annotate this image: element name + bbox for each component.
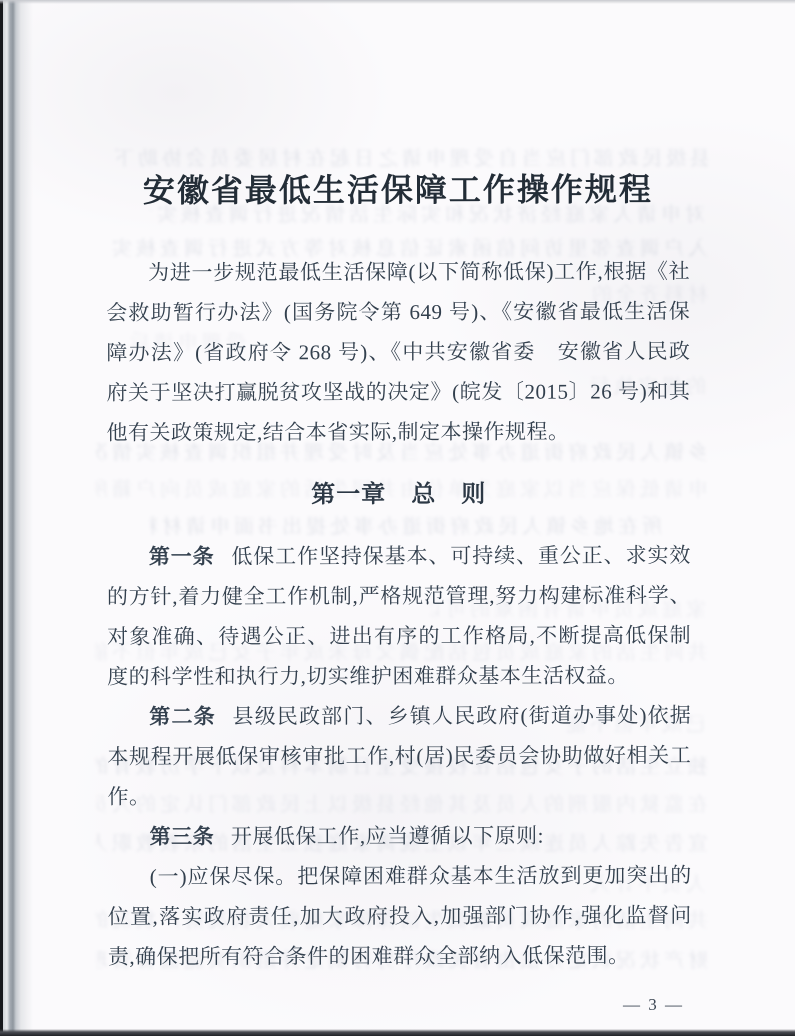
scanned-document-page: 县级民政部门应当自受理申请之日起在村居委员会协助下进行 对申请人家庭经济状况和实… xyxy=(0,0,795,1036)
document-content: 安徽省最低生活保障工作操作规程 为进一步规范最低生活保障(以下简称低保)工作,根… xyxy=(106,251,692,977)
bleedthrough-line: 县级民政部门应当自受理申请之日起在村居委员会协助下进行 xyxy=(110,146,710,172)
clause-1-text: 应保尽保。把保障困难群众基本生活放到更加突出的位置,落实政府责任,加大政府投入,… xyxy=(108,863,692,969)
article-3-label: 第三条 xyxy=(150,824,215,848)
article-1-label: 第一条 xyxy=(149,544,215,568)
scan-bottom-edge xyxy=(0,1029,795,1036)
document-title: 安徽省最低生活保障工作操作规程 xyxy=(106,171,690,209)
chapter-heading: 第一章 总 则 xyxy=(107,477,691,513)
article-2: 第二条县级民政部门、乡镇人民政府(街道办事处)依据本规程开展低保审核审批工作,村… xyxy=(107,695,691,817)
binding-shadow xyxy=(0,0,34,1036)
clause-1-label: (一) xyxy=(150,865,187,889)
intro-paragraph: 为进一步规范最低生活保障(以下简称低保)工作,根据《社会救助暂行办法》(国务院令… xyxy=(106,251,691,453)
article-3-text: 开展低保工作,应当遵循以下原则: xyxy=(231,824,544,849)
page-number: — 3 — xyxy=(623,995,684,1015)
scan-top-edge xyxy=(0,0,795,4)
clause-1: (一)应保尽保。把保障困难群众基本生活放到更加突出的位置,落实政府责任,加大政府… xyxy=(108,855,692,977)
article-2-label: 第二条 xyxy=(149,704,216,728)
article-1: 第一条低保工作坚持保基本、可持续、重公正、求实效的方针,着力健全工作机制,严格规… xyxy=(107,535,691,697)
article-3: 第三条开展低保工作,应当遵循以下原则: xyxy=(108,815,692,857)
